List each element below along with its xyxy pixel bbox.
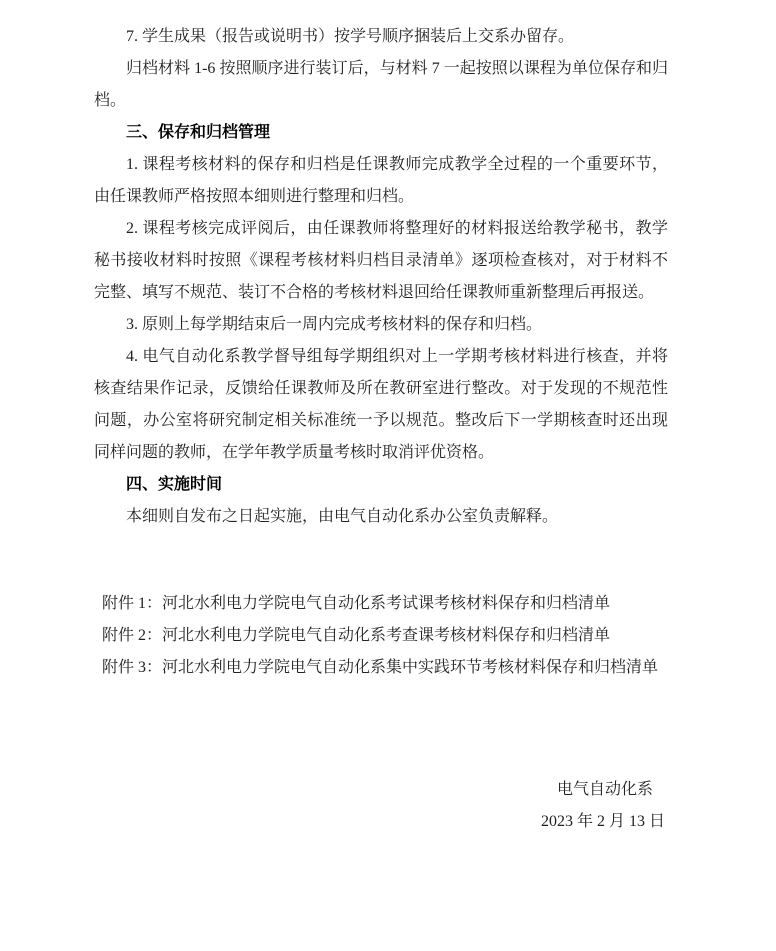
- paragraph-implementation: 本细则自发布之日起实施，由电气自动化系办公室负责解释。: [94, 501, 668, 533]
- attachment-item-3: 附件 3：河北水利电力学院电气自动化系集中实践环节考核材料保存和归档清单: [102, 652, 668, 684]
- paragraph-archive-note: 归档材料 1-6 按照顺序进行装订后，与材料 7 一起按照以课程为单位保存和归档…: [94, 53, 668, 117]
- paragraph-rule-1: 1. 课程考核材料的保存和归档是任课教师完成教学全过程的一个重要环节，由任课教师…: [94, 149, 668, 213]
- document-page: 7. 学生成果（报告或说明书）按学号顺序捆装后上交系办留存。 归档材料 1-6 …: [0, 0, 776, 951]
- attachment-list: 附件 1：河北水利电力学院电气自动化系考试课考核材料保存和归档清单 附件 2：河…: [94, 588, 668, 684]
- attachment-item-1: 附件 1：河北水利电力学院电气自动化系考试课考核材料保存和归档清单: [102, 588, 668, 620]
- paragraph-item-7: 7. 学生成果（报告或说明书）按学号顺序捆装后上交系办留存。: [94, 21, 668, 53]
- section-heading-4: 四、实施时间: [94, 469, 668, 501]
- section-heading-3: 三、保存和归档管理: [94, 117, 668, 149]
- signature-org: 电气自动化系: [94, 774, 668, 806]
- paragraph-rule-2: 2. 课程考核完成评阅后，由任课教师将整理好的材料报送给教学秘书，教学秘书接收材…: [94, 213, 668, 309]
- signature-date: 2023 年 2 月 13 日: [94, 806, 668, 838]
- paragraph-rule-3: 3. 原则上每学期结束后一周内完成考核材料的保存和归档。: [94, 309, 668, 341]
- paragraph-rule-4: 4. 电气自动化系教学督导组每学期组织对上一学期考核材料进行核查，并将核查结果作…: [94, 341, 668, 469]
- attachment-item-2: 附件 2：河北水利电力学院电气自动化系考查课考核材料保存和归档清单: [102, 620, 668, 652]
- signature-block: 电气自动化系 2023 年 2 月 13 日: [94, 774, 668, 838]
